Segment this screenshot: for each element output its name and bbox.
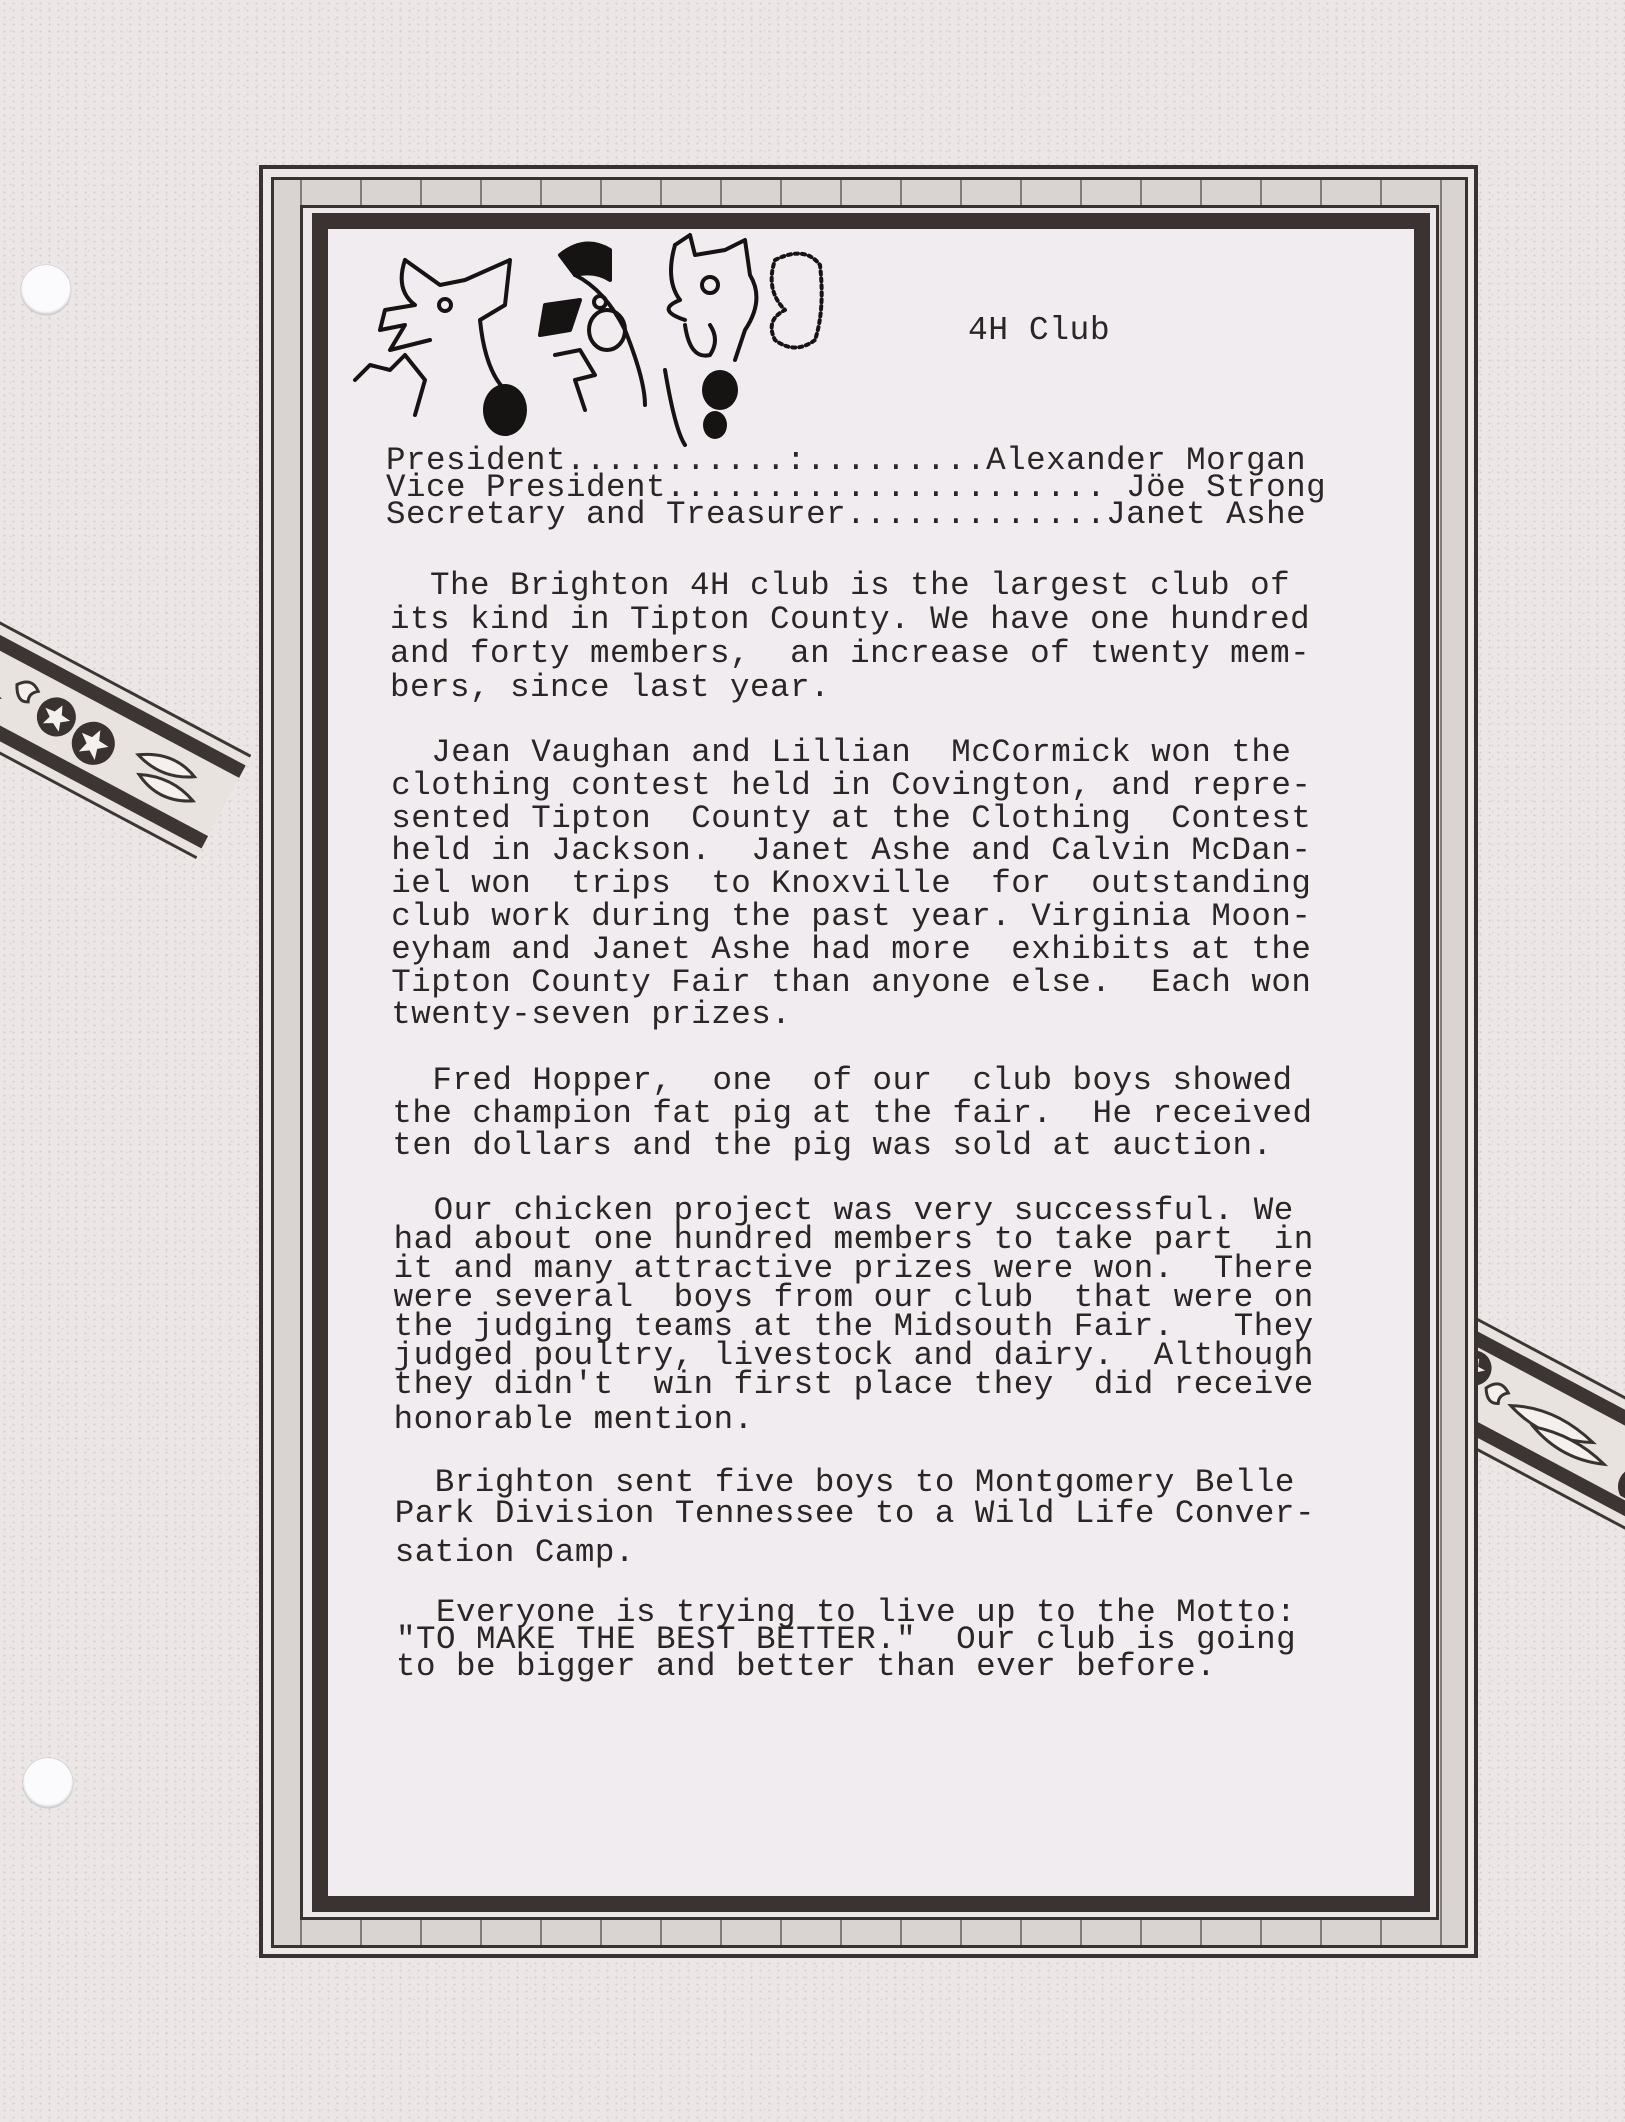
binder-hole-bottom	[23, 1758, 73, 1808]
officer-line: Secretary and Treasurer.............Jane…	[386, 499, 1306, 532]
paragraph-line: clothing contest held in Covington, and …	[391, 770, 1311, 803]
paragraph-line: Tipton County Fair than anyone else. Eac…	[391, 967, 1311, 1000]
paragraph-line: eyham and Janet Ashe had more exhibits a…	[391, 934, 1311, 967]
paragraph-line: honorable mention.	[394, 1404, 754, 1437]
paragraph-line: twenty-seven prizes.	[391, 999, 791, 1032]
paragraph-line: Park Division Tennessee to a Wild Life C…	[395, 1498, 1315, 1531]
paragraph-line: they didn't win first place they did rec…	[394, 1369, 1314, 1402]
paragraph-line: club work during the past year. Virginia…	[391, 901, 1311, 934]
paragraph-line: The Brighton 4H club is the largest club…	[390, 570, 1290, 603]
farm-animals-illustration-icon	[345, 230, 885, 460]
paragraph-line: its kind in Tipton County. We have one h…	[390, 604, 1310, 637]
binder-hole-top	[21, 265, 71, 315]
paragraph-line: iel won trips to Knoxville for outstandi…	[391, 868, 1311, 901]
paragraph-line: Jean Vaughan and Lillian McCormick won t…	[391, 737, 1291, 770]
paragraph-line: the champion fat pig at the fair. He rec…	[392, 1098, 1312, 1131]
paragraph-line: Fred Hopper, one of our club boys showed	[392, 1065, 1292, 1098]
ribbon-decoration-left	[0, 600, 251, 859]
club-title: 4H Club	[968, 314, 1110, 347]
paragraph-line: sation Camp.	[395, 1537, 635, 1570]
paragraph-line: and forty members, an increase of twenty…	[390, 638, 1310, 671]
paragraph-line: ten dollars and the pig was sold at auct…	[392, 1130, 1272, 1163]
paragraph-line: held in Jackson. Janet Ashe and Calvin M…	[391, 835, 1311, 868]
paragraph-line: to be bigger and better than ever before…	[396, 1651, 1216, 1684]
paragraph-line: bers, since last year.	[390, 672, 830, 705]
paragraph-line: sented Tipton County at the Clothing Con…	[391, 803, 1311, 836]
